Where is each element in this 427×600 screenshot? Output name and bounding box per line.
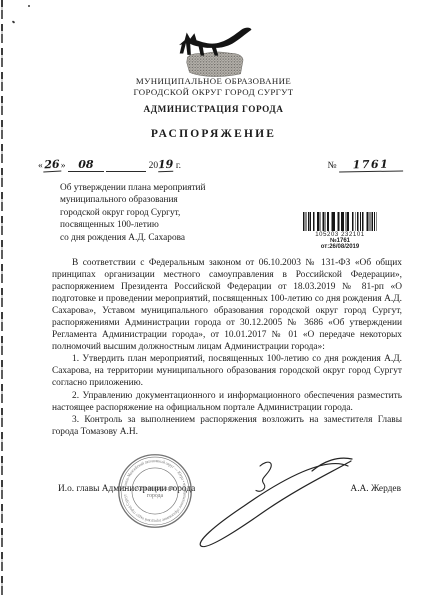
stamp-center-line2: города — [147, 493, 164, 499]
handwritten-number: 1761 — [339, 157, 403, 172]
subject-line: со дня рождения А.Д. Сахарова — [60, 232, 270, 244]
number-group: № 1761 — [328, 158, 403, 172]
body-paragraph-item1: 1. Утвердить план мероприятий, посвященн… — [52, 353, 402, 389]
blank-underline — [106, 161, 146, 172]
handwritten-day: 26 — [42, 158, 61, 173]
fox-silhouette — [179, 28, 251, 56]
date-and-number-row: «26» 08 2019 г. № 1761 — [38, 158, 403, 172]
body-text: В соответствии с Федеральным законом от … — [52, 257, 402, 438]
org-name-line1: МУНИЦИПАЛЬНОЕ ОБРАЗОВАНИЕ — [0, 76, 427, 86]
scanned-directive-page: МУНИЦИПАЛЬНОЕ ОБРАЗОВАНИЕ ГОРОДСКОЙ ОКРУ… — [0, 0, 427, 600]
subject-line: Об утверждении плана мероприятий — [60, 182, 270, 194]
handwritten-month: 08 — [68, 158, 104, 172]
stamp-center-line1: Администрация — [135, 486, 175, 492]
year-prefix: 20 — [149, 161, 159, 171]
handwritten-year: 19 — [158, 158, 174, 173]
subject-block: Об утверждении плана мероприятий муницип… — [60, 182, 270, 244]
department-name: АДМИНИСТРАЦИЯ ГОРОДА — [0, 104, 427, 114]
registration-barcode-block: 105203 232101 №1761 от:26/08/2019 — [300, 212, 380, 250]
year-label: г. — [176, 161, 181, 171]
surgut-fox-emblem-icon — [166, 22, 262, 78]
barcode-icon — [303, 212, 377, 231]
handwritten-signature — [186, 452, 364, 552]
barcode-reg-date: от:26/08/2019 — [300, 244, 380, 250]
org-name-line2: ГОРОДСКОЙ ОКРУГ ГОРОД СУРГУТ — [0, 87, 427, 97]
subject-line: посвященных 100-летию — [60, 219, 270, 231]
body-paragraph-preamble: В соответствии с Федеральным законом от … — [52, 257, 402, 353]
body-paragraph-item3: 3. Контроль за выполнением распоряжения … — [52, 414, 402, 438]
number-sign: № — [328, 161, 337, 171]
subject-line: городской округ город Сургут, — [60, 207, 270, 219]
official-round-stamp: • Ханты-Мансийский автономный округ — Юг… — [116, 452, 194, 530]
body-paragraph-item2: 2. Управлению документационного и информ… — [52, 390, 402, 414]
scan-speck — [28, 5, 30, 7]
subject-line: муниципального образования — [60, 194, 270, 206]
date-quote-close: » — [61, 161, 66, 171]
scan-speck — [12, 20, 16, 23]
document-type-title: РАСПОРЯЖЕНИЕ — [0, 128, 427, 140]
